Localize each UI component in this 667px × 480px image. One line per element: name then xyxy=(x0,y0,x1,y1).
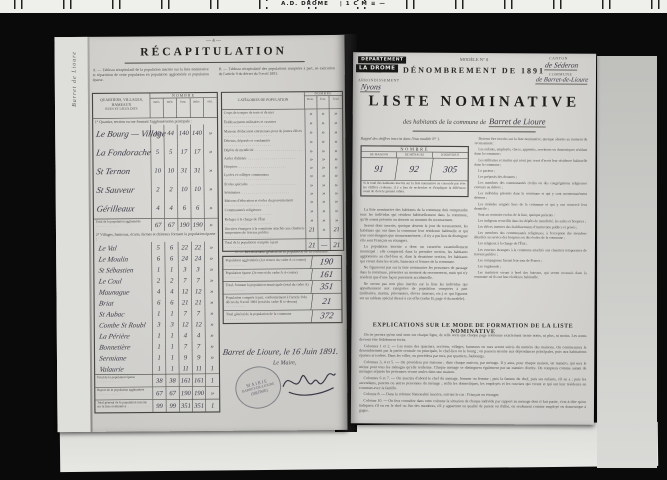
table-a-total-row: Total général de la population inscrite … xyxy=(95,399,219,413)
instruction-item: Les préposés des douanes ; xyxy=(474,175,587,180)
explication-paragraph: Colonne 8. — Dans la colonne Nationalité… xyxy=(359,392,586,398)
table-a-row: Valaurie 1 1 11 11 1 xyxy=(95,363,219,375)
instruction-item: Les malades soignés hors de la commune e… xyxy=(474,202,587,212)
counts-column-label: D'INDIVIDUS xyxy=(432,152,467,158)
instruction-item: Les membres des communautés civiles ou d… xyxy=(474,181,587,191)
table-c-recensement: C. — Recensement général de la populatio… xyxy=(222,249,343,346)
place-name: Le Moulin xyxy=(93,253,152,264)
archive-header: A.D. DROME | 1 C M ≡ — xyxy=(265,1,402,7)
mayor-signature-icon xyxy=(281,364,337,400)
explication-paragraph: On ne portera qu'un seul nom sur chaque … xyxy=(359,332,586,343)
table-a-row: La Fondorache 5 5 17 17 » xyxy=(93,143,217,163)
place-name: Valaurie xyxy=(94,363,153,374)
instruction-item: Les mariniers vivant à bord des bateaux,… xyxy=(474,271,587,281)
handwritten-value: 21 xyxy=(311,293,343,309)
counts-handwritten-value: 91 xyxy=(360,158,399,180)
arrondissement-value: Nyons xyxy=(360,82,382,92)
table-c-title: C. — Recensement général de la populatio… xyxy=(222,249,342,254)
table-b-subcol: Fem. xyxy=(317,96,330,109)
subtitle: des habitants de la commune deBarret de … xyxy=(353,115,596,126)
table-a-row: Gérilleaux 4 4 6 6 » xyxy=(94,199,218,219)
subtitle-commune-handwriting: Barret de Lioure xyxy=(489,116,546,127)
instruction-paragraph: La liste nominative des habitants de la … xyxy=(360,207,468,222)
place-name: Sermiane xyxy=(94,352,153,363)
explication-paragraph: Colonnes 6 et 7. — On inscrira d'abord l… xyxy=(359,376,586,392)
instruction-paragraph: Ne figureront pas sur la liste nominativ… xyxy=(360,265,468,280)
place-name: La Périère xyxy=(94,330,153,341)
place-name: St Aubac xyxy=(94,308,153,319)
table-a-quartiers: QUARTIERS, VILLAGES, HAMEAUXRUES ET LIEU… xyxy=(92,92,219,413)
instruction-paragraph: Ne seront pas non plus inscrits sur la l… xyxy=(360,281,468,301)
spine-handwriting: Barret de Lioure xyxy=(72,51,78,107)
closing-date-line: Barret de Lioure, le 16 Juin 1891. xyxy=(222,346,363,357)
table-a-subcol: indiv. xyxy=(190,98,203,117)
instruction-item: Les indigents recueillis dans les dépôts… xyxy=(474,219,587,224)
table-a-total-row: Report de la population agglomérée 67 67… xyxy=(95,386,219,400)
place-name: St Sébastien xyxy=(93,264,152,275)
explication-paragraph: Colonnes 1 et 2. — Les noms des quartier… xyxy=(359,344,586,360)
modele-label: MODÈLE N° 8 xyxy=(413,57,535,63)
archive-label: A.D. DROME xyxy=(281,1,329,7)
table-a-subcol: fam. xyxy=(177,98,190,117)
table-a-subcol: obs. xyxy=(203,98,216,117)
instructions-right-column: Doivent être inscrits sur la liste nomin… xyxy=(474,137,588,318)
instruction-item: Les enfants, employés, clercs, apprentis… xyxy=(475,148,588,158)
page-number: — 4 — xyxy=(90,38,336,45)
table-b-row: Ouvriers étrangers à la commune attachés… xyxy=(223,225,343,239)
place-name: Maunague xyxy=(94,286,153,297)
right-page-liste-nominative: DÉPARTEMENT LA DROME ARRONDISSEMENT Nyon… xyxy=(351,52,596,424)
liste-nominative-title: LISTE NOMINATIVE xyxy=(353,93,596,111)
instruction-paragraph: Seront donc inscrits, quoique absents le… xyxy=(360,223,468,243)
place-name: Le Val xyxy=(93,242,152,253)
table-a-row: St Ternon 10 10 31 31 » xyxy=(94,162,218,182)
place-name: Le Bourg — Village xyxy=(92,125,152,144)
explication-paragraph: Colonnes 3, 4 et 5. — On procédera par m… xyxy=(359,360,586,376)
instruction-paragraph: La population inscrite a donc un caractè… xyxy=(360,244,468,264)
counts-note: Si le total des habitants inscrits sur l… xyxy=(361,180,467,196)
counts-handwritten-value: 92 xyxy=(395,158,434,180)
note-a: A. — Tableau récapitulatif de la populat… xyxy=(93,67,209,90)
title-rule xyxy=(125,61,305,63)
instruction-item: Les religieux à la charge de l'État ; xyxy=(474,242,587,247)
scanner-backing xyxy=(597,56,657,468)
place-name: Bonnetière xyxy=(94,341,153,352)
rappel-caption: Rappel des chiffres inscrits dans l'état… xyxy=(361,136,469,145)
table-c-row: Population comptée à part, conformément … xyxy=(224,293,342,311)
instruction-item: Les élèves internes des établissements d… xyxy=(474,225,587,230)
table-c-row: Population agglomérée (1er renvoi du cad… xyxy=(223,256,341,269)
table-c-row: Population éparse (2e renvoi du cadre A … xyxy=(223,268,341,281)
microfilm-scan-viewer: A.D. DROME | 1 C M ≡ — Barret de Lioure … xyxy=(0,0,667,480)
handwritten-value: 161 xyxy=(311,268,342,280)
counts-handwritten-value: 305 xyxy=(431,158,470,180)
instruction-item: Doivent être inscrits sur la liste nomin… xyxy=(475,137,588,147)
left-page-recapitulation: Barret de Lioure — 4 — RÉCAPITULATION A.… xyxy=(54,35,347,432)
explication-paragraph: Colonne 10. — On fera connaître dans cet… xyxy=(359,398,586,414)
counts-table: NOMBRE DE MAISONSDE MÉNAGESD'INDIVIDUS 9… xyxy=(360,145,466,204)
table-c-row: Total général de la population de la com… xyxy=(224,310,342,323)
department-label: DÉPARTEMENT xyxy=(358,56,407,63)
instruction-item: Les individus présents dans la commune e… xyxy=(474,192,587,202)
instruction-item: Les membres des communautés religieuses,… xyxy=(474,231,587,241)
place-name: Combe St Roubl xyxy=(94,319,153,330)
table-b-categories: CATÉGORIES DE POPULATION NOMBRE Hom.Fem.… xyxy=(221,91,342,242)
subtitle-rule xyxy=(413,131,536,133)
handwritten-value: 190 xyxy=(311,256,342,268)
instruction-item: Sont au contraire exclus de la liste, qu… xyxy=(474,213,587,218)
counts-column-label: DE MÉNAGES xyxy=(397,152,432,158)
note-b: B. — Tableau récapitulatif des populatio… xyxy=(219,66,339,89)
table-c-row: Total, formant la population municipale … xyxy=(223,281,341,294)
department-value: LA DROME xyxy=(356,64,398,72)
table-a-row: St Sauveur 2 2 10 10 » xyxy=(94,180,218,200)
explications-body: On ne portera qu'un seul nom sur chaque … xyxy=(359,332,587,419)
place-name: Le Coul xyxy=(94,275,153,286)
instruction-item: Les militaires et marins qui n'ont pas c… xyxy=(474,158,587,168)
place-name: St Sauveur xyxy=(92,181,152,200)
place-name: Gérilleaux xyxy=(92,200,152,219)
instruction-item: Le pasteur ; xyxy=(474,169,587,174)
table-b-subcol: Hom. xyxy=(305,96,318,109)
table-a-subcol: mén. xyxy=(164,98,177,117)
recapitulation-title: RÉCAPITULATION xyxy=(91,45,337,59)
mairie-stamp-icon: MAIRIE BARRET-DE-LIOURE (DRÔME) xyxy=(231,361,286,413)
total-agglomeree-row: Total de la population agglomérée 67 67 … xyxy=(94,218,218,232)
instruction-item: Les ouvriers étrangers à la commune atta… xyxy=(474,248,587,258)
ruler-bar: A.D. DROME | 1 C M ≡ — xyxy=(0,0,667,13)
table-b-header: CATÉGORIES DE POPULATION NOMBRE Hom.Fem.… xyxy=(222,92,342,110)
commune-value: de Barret-de-Lioure xyxy=(535,76,589,84)
table-a-header: QUARTIERS, VILLAGES, HAMEAUXRUES ET LIEU… xyxy=(93,93,217,119)
handwritten-value: 351 xyxy=(311,281,342,293)
handwritten-value: 372 xyxy=(311,310,342,322)
table-a-row: Le Bourg — Village 40 44 140 140 » xyxy=(93,124,217,144)
table-a-total-row: Total de la population éparse 38 38 161 … xyxy=(95,374,219,388)
place-name: Briat xyxy=(94,297,153,308)
place-name: St Ternon xyxy=(92,162,152,181)
canton-value: de Séderon xyxy=(544,60,579,70)
denombrement-title: DÉNOMBREMENT DE 1891 xyxy=(399,66,549,76)
table-a-subcol: mais. xyxy=(150,98,163,117)
counts-column-label: DE MAISONS xyxy=(362,152,397,158)
place-name: La Fondorache xyxy=(92,144,152,163)
table-b-subcol: Total xyxy=(329,96,342,109)
ruler-scale-label: | 1 C M ≡ — xyxy=(340,1,386,7)
instruction-item: Les compagnons faisant leur tour de Fran… xyxy=(474,258,587,263)
instruction-item: Les vagabonds ; xyxy=(474,265,587,270)
instructions-left-column: La liste nominative des habitants de la … xyxy=(360,207,469,320)
